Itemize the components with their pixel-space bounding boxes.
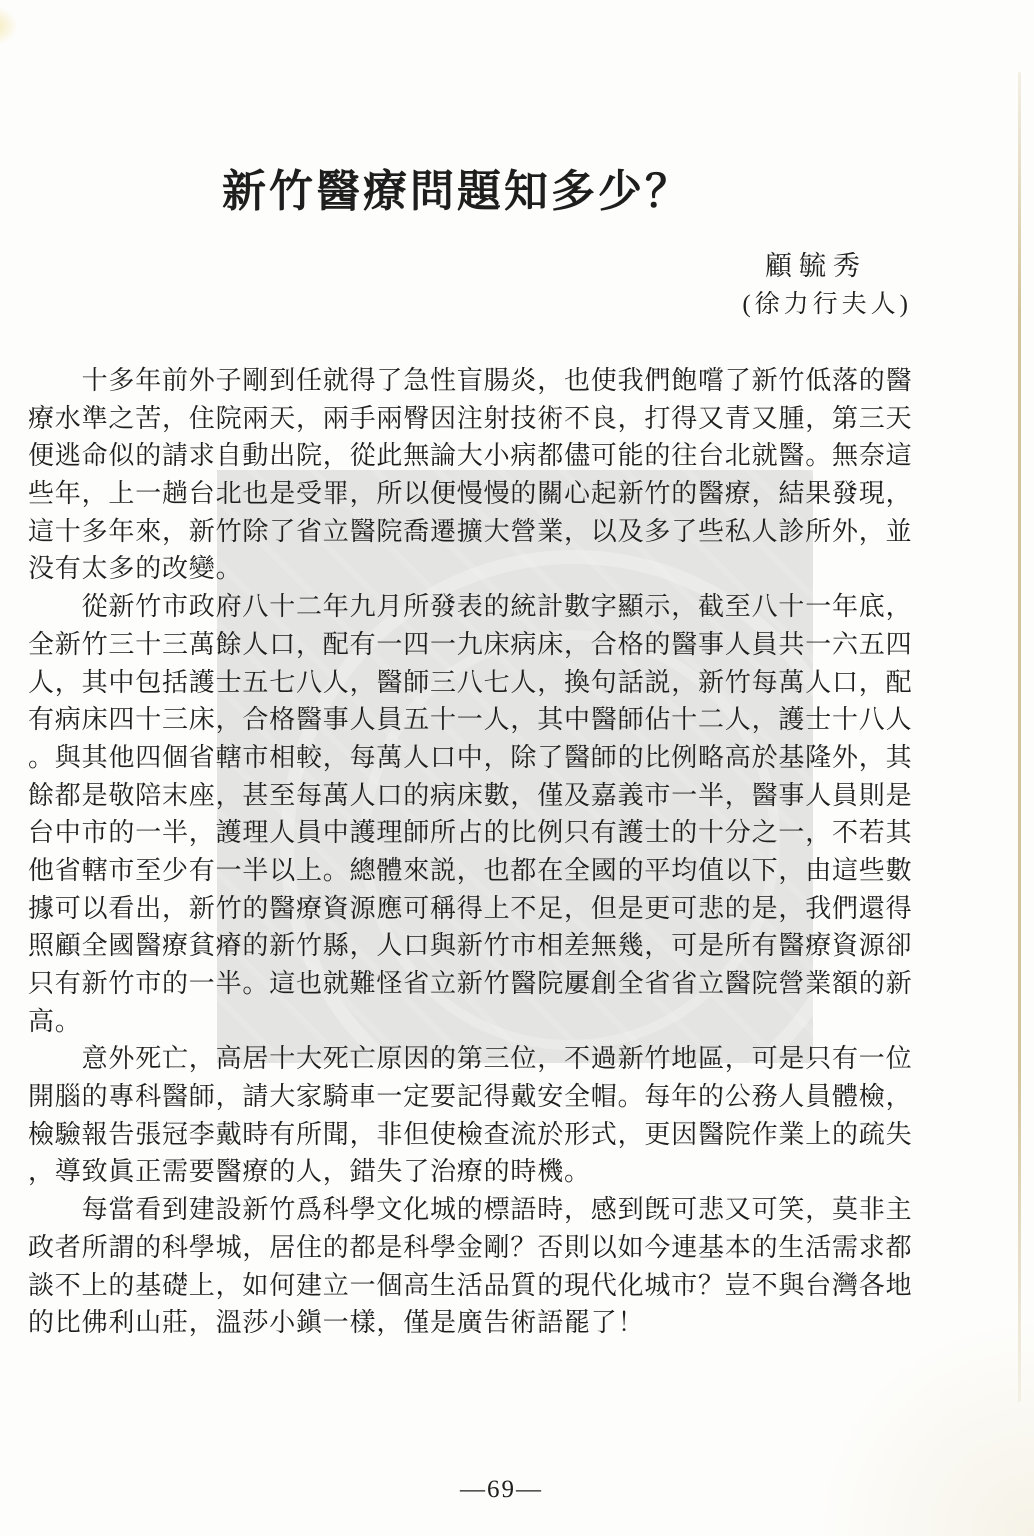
text-line: 療水準之苦，住院兩天，兩手兩臀因注射技術不良，打得又青又腫，第三天 bbox=[28, 400, 958, 438]
text-line: 從新竹市政府八十二年九月所發表的統計數字顯示，截至八十一年底， bbox=[28, 588, 958, 626]
text-line: 高。 bbox=[28, 1003, 958, 1041]
page-number: —69— bbox=[460, 1476, 543, 1504]
text-line: 意外死亡，高居十大死亡原因的第三位，不過新竹地區，可是只有一位 bbox=[28, 1040, 958, 1078]
text-line: 十多年前外子剛到任就得了急性盲腸炎，也使我們飽嚐了新竹低落的醫 bbox=[28, 362, 958, 400]
text-line: 全新竹三十三萬餘人口，配有一四一九床病床，合格的醫事人員共一六五四 bbox=[28, 626, 958, 664]
text-line: 些年，上一趟台北也是受罪，所以便慢慢的關心起新竹的醫療，結果發現， bbox=[28, 475, 958, 513]
text-line: 人，其中包括護士五七八人，醫師三八七人，換句話説，新竹每萬人口，配 bbox=[28, 664, 958, 702]
text-line: 每當看到建設新竹爲科學文化城的標語時，感到旣可悲又可笑，莫非主 bbox=[28, 1191, 958, 1229]
text-line: 照顧全國醫療貧瘠的新竹縣，人口與新竹市相差無幾，可是所有醫療資源卻 bbox=[28, 927, 958, 965]
author-note: (徐力行夫人) bbox=[742, 284, 912, 320]
author-name: 顧毓秀 bbox=[765, 244, 867, 283]
text-line: ，導致眞正需要醫療的人，錯失了治療的時機。 bbox=[28, 1153, 958, 1191]
text-line: 餘都是敬陪末座，甚至每萬人口的病床數，僅及嘉義市一半，醫事人員則是 bbox=[28, 777, 958, 815]
text-line: 他省轄市至少有一半以上。總體來説，也都在全國的平均值以下，由這些數 bbox=[28, 852, 958, 890]
scan-corner-tint bbox=[0, 6, 18, 46]
text-line: 開腦的專科醫師，請大家騎車一定要記得戴安全帽。每年的公務人員體檢， bbox=[28, 1078, 958, 1116]
text-line: 台中市的一半，護理人員中護理師所占的比例只有護士的十分之一，不若其 bbox=[28, 814, 958, 852]
body-text: 十多年前外子剛到任就得了急性盲腸炎，也使我們飽嚐了新竹低落的醫療水準之苦，住院兩… bbox=[28, 362, 958, 1342]
text-line: 。與其他四個省轄市相較，每萬人口中，除了醫師的比例略高於基隆外，其 bbox=[28, 739, 958, 777]
text-line: 只有新竹市的一半。這也就難怪省立新竹醫院屢創全省省立醫院營業額的新 bbox=[28, 965, 958, 1003]
text-line: 檢驗報告張冠李戴時有所聞，非但使檢查流於形式，更因醫院作業上的疏失 bbox=[28, 1116, 958, 1154]
text-line: 没有太多的改變。 bbox=[28, 550, 958, 588]
text-line: 便逃命似的請求自動出院，從此無論大小病都儘可能的往台北就醫。無奈這 bbox=[28, 437, 958, 475]
document-page: 新竹醫療問題知多少？ 顧毓秀 (徐力行夫人) 十多年前外子剛到任就得了急性盲腸炎… bbox=[0, 0, 1034, 1536]
text-line: 談不上的基礎上，如何建立一個高生活品質的現代化城市？豈不與台灣各地 bbox=[28, 1267, 958, 1305]
text-line: 政者所謂的科學城，居住的都是科學金剛？否則以如今連基本的生活需求都 bbox=[28, 1229, 958, 1267]
page-edge-shadow bbox=[1018, 72, 1021, 1402]
scan-corner-shade bbox=[814, 1316, 1034, 1536]
text-line: 有病床四十三床，合格醫事人員五十一人，其中醫師佔十二人，護士十八人 bbox=[28, 701, 958, 739]
text-line: 據可以看出，新竹的醫療資源應可稱得上不足，但是更可悲的是，我們還得 bbox=[28, 890, 958, 928]
page-title: 新竹醫療問題知多少？ bbox=[222, 155, 692, 219]
text-line: 這十多年來，新竹除了省立醫院喬遷擴大營業，以及多了些私人診所外，並 bbox=[28, 513, 958, 551]
